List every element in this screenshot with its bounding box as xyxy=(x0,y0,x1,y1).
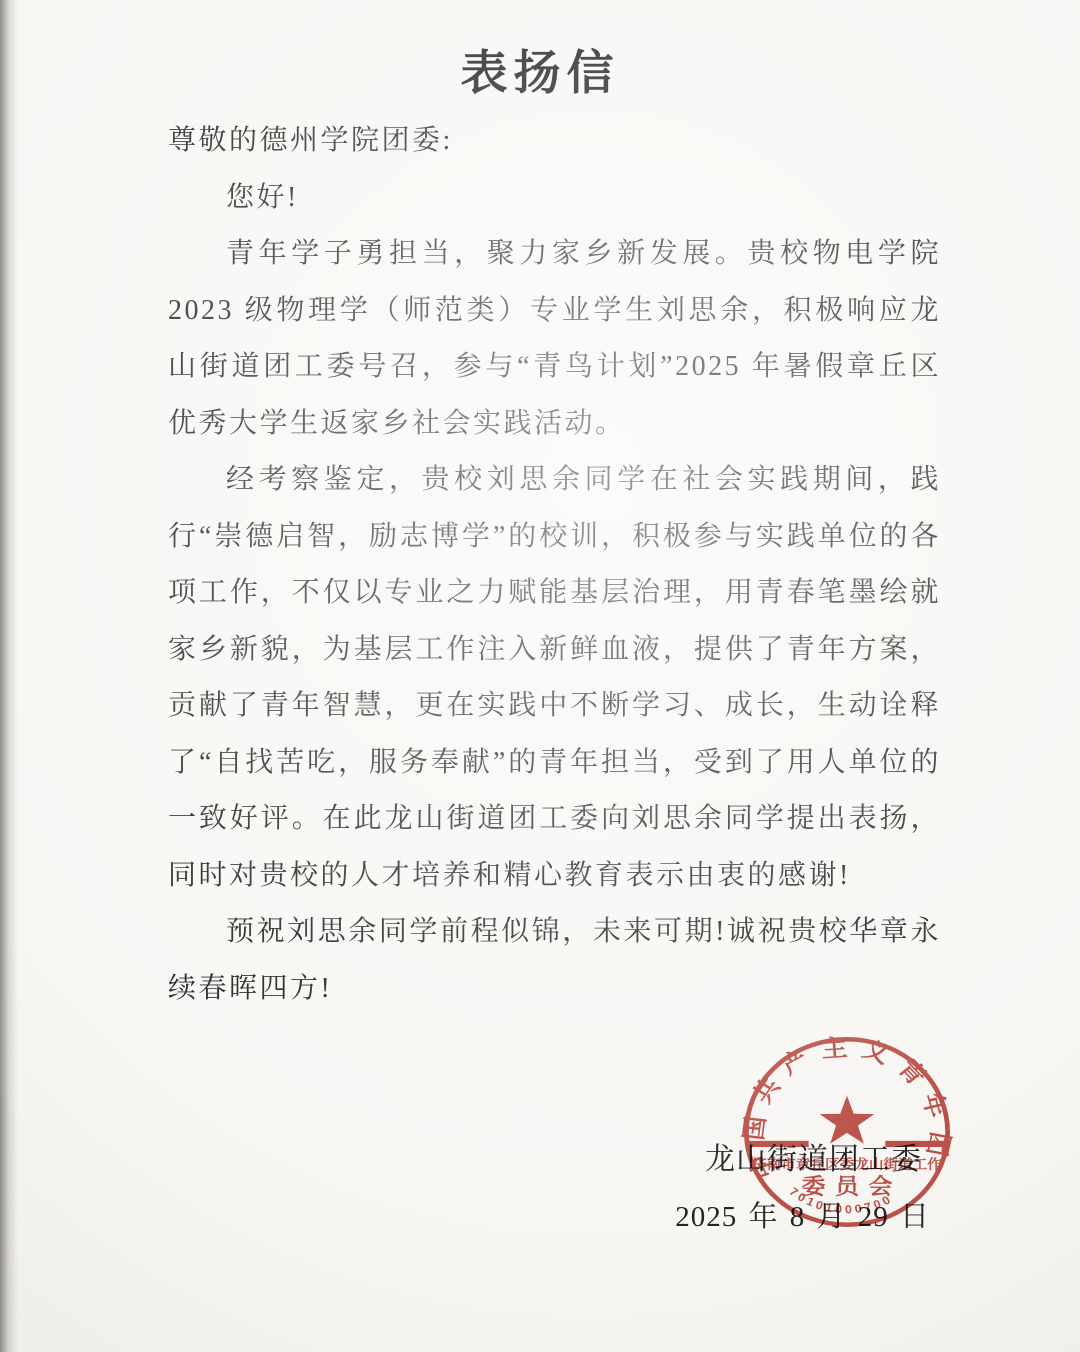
stamp-org-line1: 济南市章丘区委龙山街道工作 xyxy=(752,1156,943,1173)
paragraph-greeting: 您好! xyxy=(168,170,941,227)
paragraph-intro: 青年学子勇担当，聚力家乡新发展。贵校物电学院 2023 级物理学（师范类）专业学… xyxy=(168,226,941,452)
left-edge-shadow xyxy=(0,0,18,1352)
star-icon xyxy=(820,1096,875,1144)
paragraph-evaluation: 经考察鉴定，贵校刘思余同学在社会实践期间，践行“崇德启智，励志博学”的校训，积极… xyxy=(168,452,941,904)
official-stamp-icon: 中国共产主义青年团 济南市章丘区委龙山街道工作 委员会 70101000700 xyxy=(732,1026,962,1238)
page-title: 表扬信 xyxy=(0,36,1080,103)
salutation: 尊敬的德州学院团委: xyxy=(168,113,941,170)
letter-body: 尊敬的德州学院团委: 您好! 青年学子勇担当，聚力家乡新发展。贵校物电学院 20… xyxy=(168,113,941,1017)
stamp-right-bar xyxy=(885,1141,946,1147)
paragraph-wishes: 预祝刘思余同学前程似锦，未来可期!诚祝贵校华章永续春晖四方! xyxy=(168,904,941,1017)
stamp-left-bar xyxy=(747,1141,808,1147)
